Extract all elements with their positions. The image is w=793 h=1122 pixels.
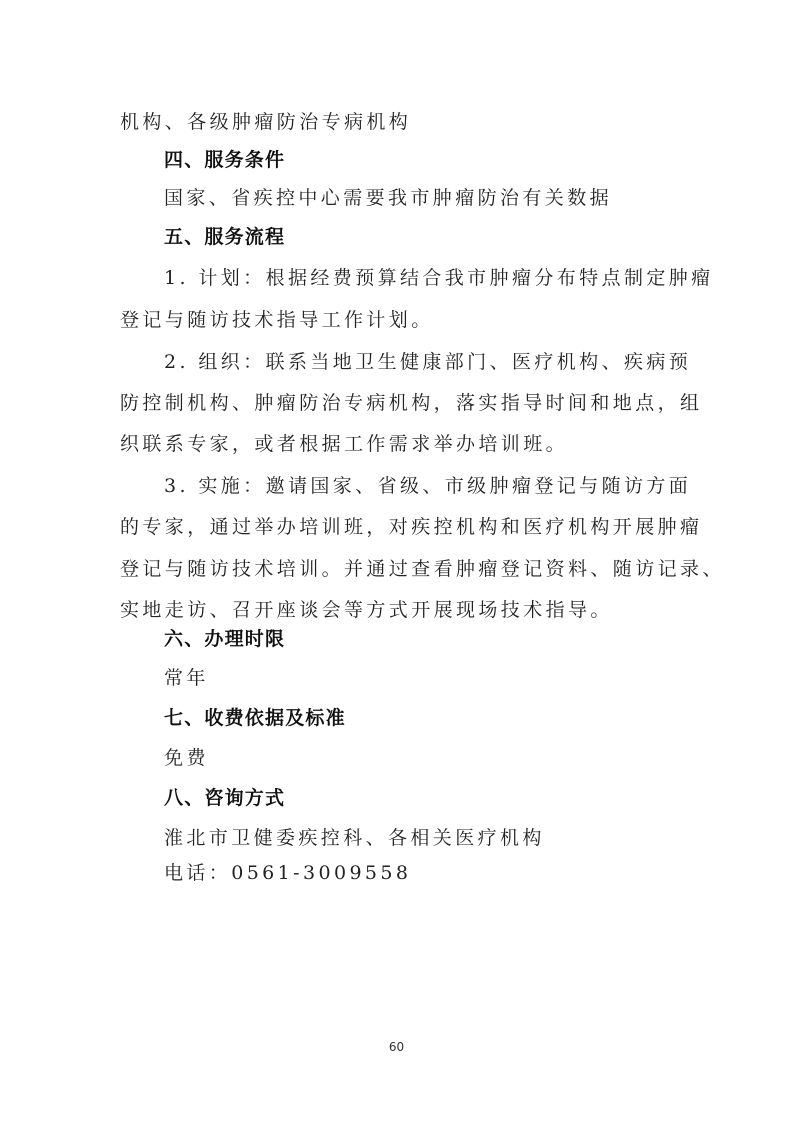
process-step-implement-line2: 的专家，通过举办培训班，对疾控机构和医疗机构开展肿瘤 xyxy=(120,515,702,539)
process-step-organize-line1: 2. 组织：联系当地卫生健康部门、医疗机构、疾病预 xyxy=(164,350,691,374)
section-heading-fee-standard: 七、收费依据及标准 xyxy=(164,706,346,730)
section-heading-service-conditions: 四、服务条件 xyxy=(164,148,285,172)
section-heading-consultation: 八、咨询方式 xyxy=(164,786,285,810)
processing-time-text: 常年 xyxy=(164,666,209,690)
continuation-line: 机构、各级肿瘤防治专病机构 xyxy=(120,110,411,134)
process-step-implement-line1: 3. 实施：邀请国家、省级、市级肿瘤登记与随访方面 xyxy=(164,474,691,498)
section-heading-processing-time: 六、办理时限 xyxy=(164,627,285,651)
fee-standard-text: 免费 xyxy=(164,746,209,770)
process-step-plan-line1: 1. 计划：根据经费预算结合我市肿瘤分布特点制定肿瘤 xyxy=(164,266,714,290)
section-heading-service-process: 五、服务流程 xyxy=(164,225,285,249)
process-step-plan-line2: 登记与随访技术指导工作计划。 xyxy=(120,308,434,332)
page-number: 60 xyxy=(0,1040,793,1054)
document-page: 机构、各级肿瘤防治专病机构 四、服务条件 国家、省疾控中心需要我市肿瘤防治有关数… xyxy=(0,0,793,1122)
service-conditions-text: 国家、省疾控中心需要我市肿瘤防治有关数据 xyxy=(164,186,612,210)
process-step-implement-line3: 登记与随访技术培训。并通过查看肿瘤登记资料、随访记录、 xyxy=(120,557,725,581)
process-step-implement-line4: 实地走访、召开座谈会等方式开展现场技术指导。 xyxy=(120,598,613,622)
consultation-org-text: 淮北市卫健委疾控科、各相关医疗机构 xyxy=(164,826,545,850)
process-step-organize-line2: 防控制机构、肿瘤防治专病机构，落实指导时间和地点，组 xyxy=(120,391,702,415)
process-step-organize-line3: 织联系专家，或者根据工作需求举办培训班。 xyxy=(120,432,568,456)
consultation-phone-text: 电话：0561-3009558 xyxy=(164,861,411,885)
